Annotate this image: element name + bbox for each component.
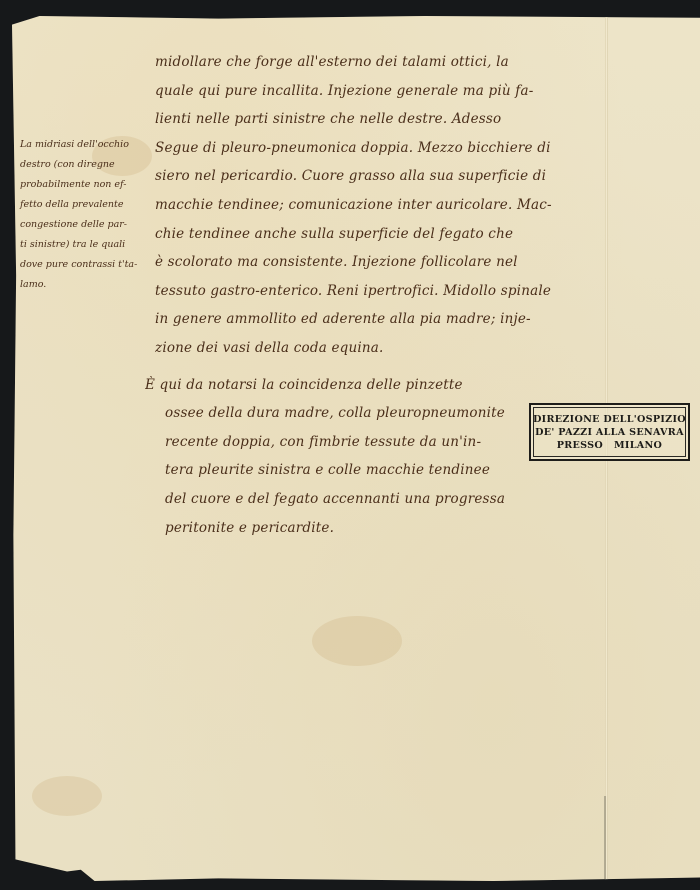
text-line: zione dei vasi della coda equina. <box>155 334 600 363</box>
text-line: è scolorato ma consistente. Injezione fo… <box>155 248 600 277</box>
text-line: chie tendinee anche sulla superficie del… <box>155 220 600 249</box>
main-handwritten-text: midollare che forge all'esterno dei tala… <box>155 48 600 542</box>
margin-line: congestione delle par- <box>20 215 160 235</box>
text-line: È qui da notarsi la coincidenza delle pi… <box>145 371 600 400</box>
paper-fold-shadow <box>604 796 606 881</box>
text-line: tessuto gastro-enterico. Reni ipertrofic… <box>155 277 600 306</box>
text-line: Segue di pleuro-pneumonica doppia. Mezzo… <box>155 134 600 163</box>
stamp-line: DE' PAZZI ALLA SENAVRA <box>535 426 684 439</box>
margin-line: fetto della prevalente <box>20 195 160 215</box>
stamp-line: PRESSO MILANO <box>557 439 662 452</box>
text-line: midollare che forge all'esterno dei tala… <box>155 48 600 77</box>
margin-line: ti sinistre) tra le quali <box>20 235 160 255</box>
margin-line: La midriasi dell'occhio <box>20 135 160 155</box>
text-line: in genere ammollito ed aderente alla pia… <box>155 305 600 334</box>
text-line: del cuore e del fegato accennanti una pr… <box>165 485 600 514</box>
text-line: quale qui pure incallita. Injezione gene… <box>155 77 600 106</box>
text-line: macchie tendinee; comunicazione inter au… <box>155 191 600 220</box>
text-line: peritonite e pericardite. <box>165 514 600 543</box>
stamp-line: DIREZIONE DELL'OSPIZIO <box>533 413 686 426</box>
margin-line: destro (con diregne <box>20 155 160 175</box>
institution-stamp: DIREZIONE DELL'OSPIZIO DE' PAZZI ALLA SE… <box>529 403 690 461</box>
paper-stain <box>32 776 102 816</box>
margin-line: probabilmente non ef- <box>20 175 160 195</box>
margin-annotation: La midriasi dell'occhio destro (con dire… <box>20 135 160 295</box>
text-line: siero nel pericardio. Cuore grasso alla … <box>155 162 600 191</box>
text-line: lienti nelle parti sinistre che nelle de… <box>155 105 600 134</box>
margin-line: dove pure contrassi t'ta- <box>20 255 160 275</box>
paper-stain <box>312 616 402 666</box>
margin-line: lamo. <box>20 275 160 295</box>
